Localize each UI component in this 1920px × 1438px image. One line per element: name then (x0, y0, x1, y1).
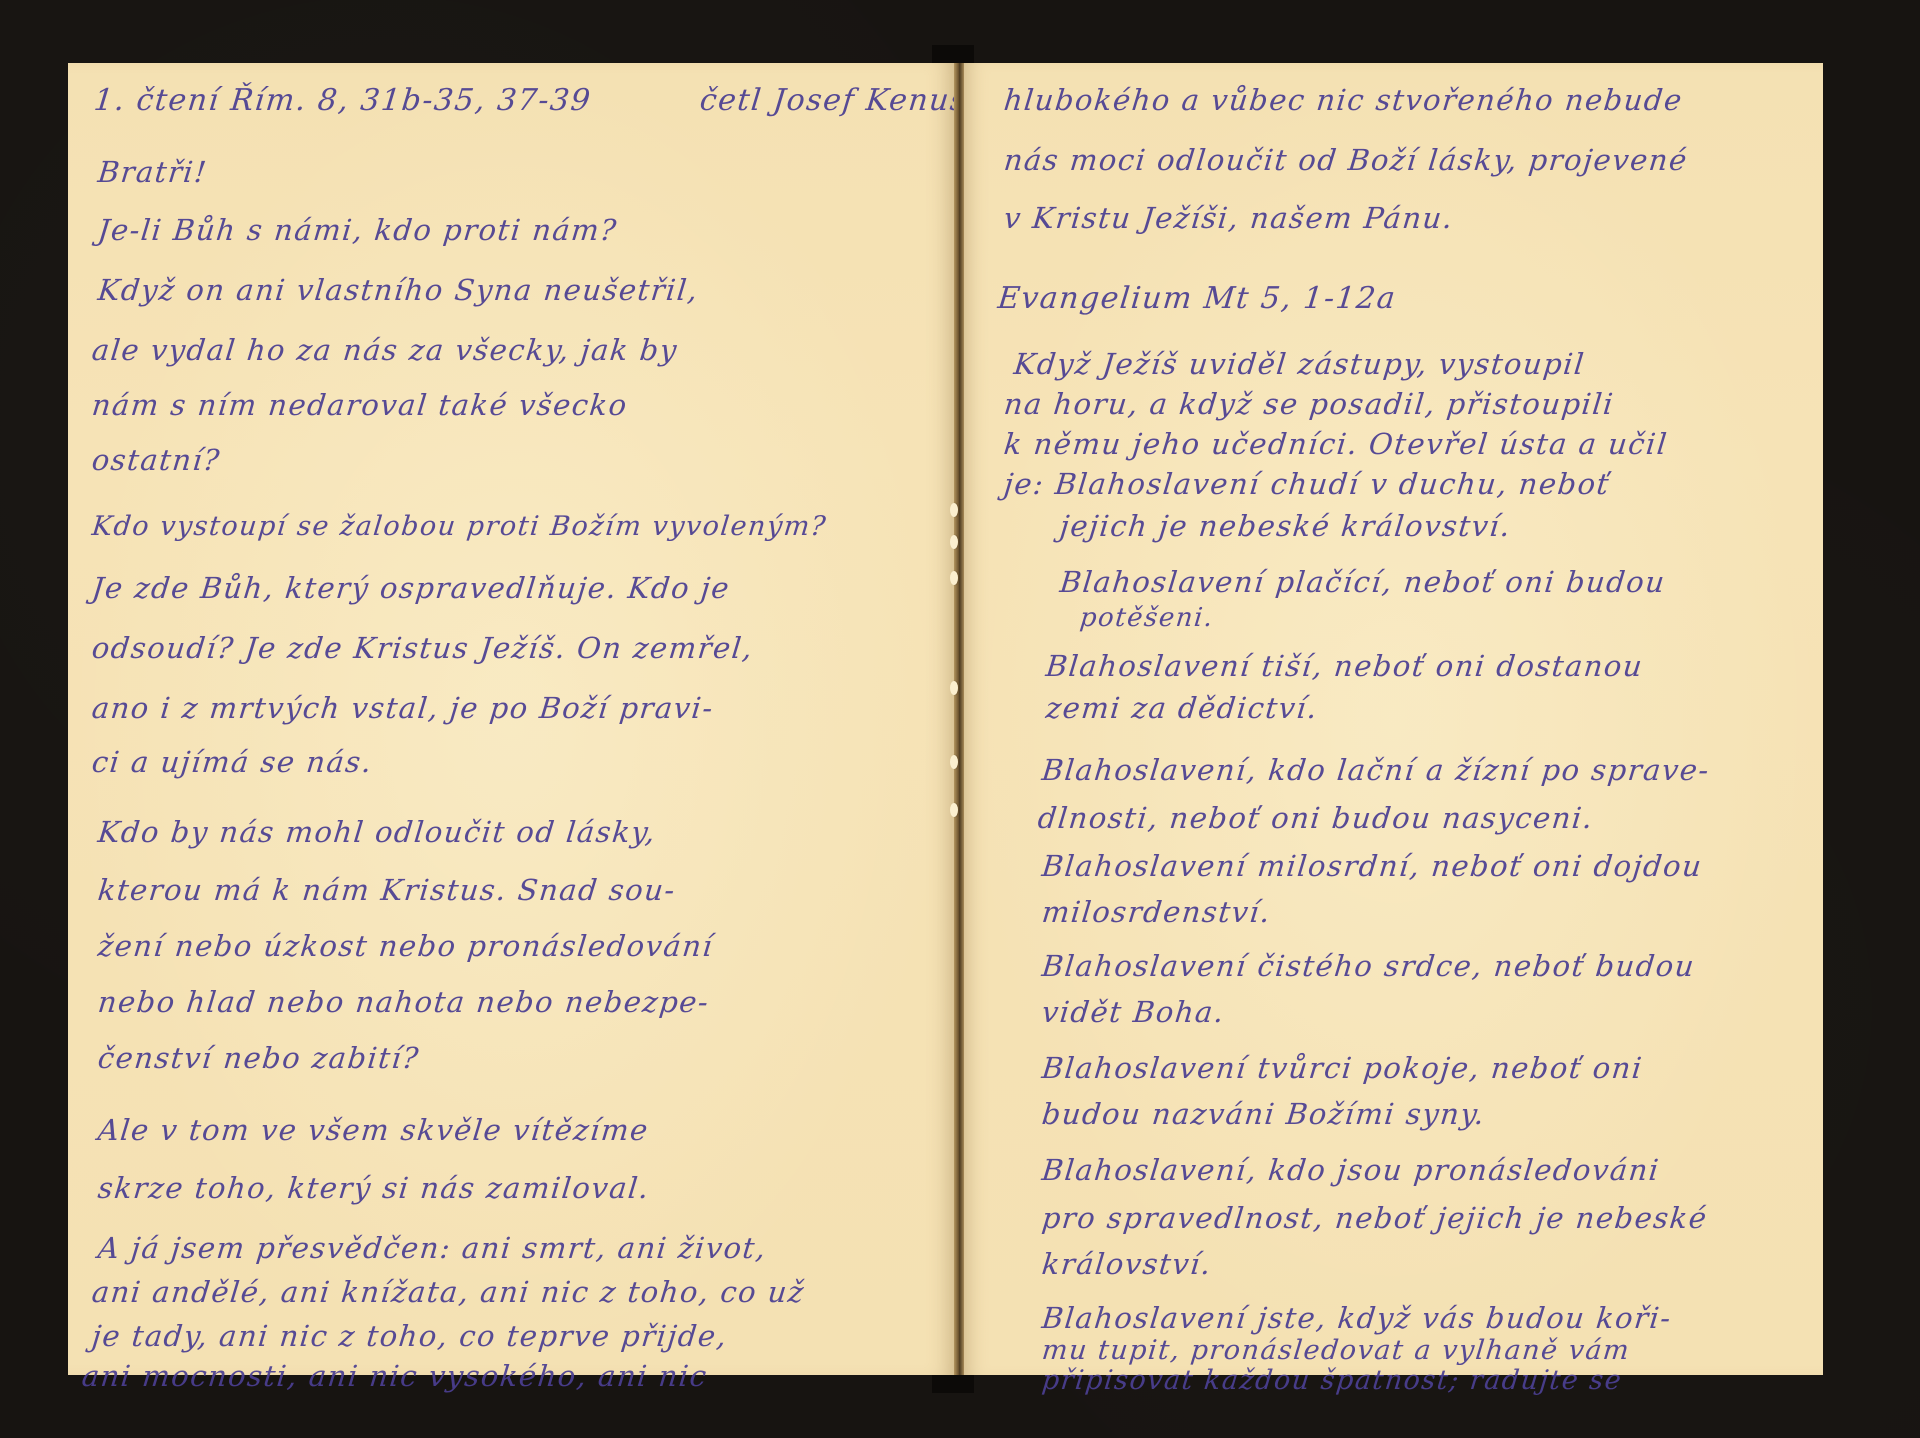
handwritten-line: A já jsem přesvědčen: ani smrt, ani živo… (96, 1231, 768, 1265)
binding-stitch (950, 755, 958, 769)
handwritten-line: mu tupit, pronásledovat a vylhaně vám (1040, 1335, 1631, 1366)
gospel-heading: Evangelium Mt 5, 1-12a (996, 281, 1398, 316)
handwritten-line: připisovat každou špatnost; radujte se (1040, 1365, 1624, 1396)
handwritten-line: dlnosti, neboť oni budou nasyceni. (1036, 801, 1595, 835)
handwritten-line: skrze toho, který si nás zamiloval. (96, 1171, 651, 1205)
handwritten-line: kterou má k nám Kristus. Snad sou- (96, 873, 677, 907)
binding-stitch (950, 503, 958, 517)
handwritten-line: Je-li Bůh s námi, kdo proti nám? (96, 213, 619, 247)
handwritten-line: Když Ježíš uviděl zástupy, vystoupil (1012, 347, 1587, 381)
reading-reference: 1. čtení Řím. 8, 31b-35, 37-39 (92, 83, 593, 118)
handwritten-line: Blahoslavení plačící, neboť oni budou (1058, 565, 1667, 599)
right-page: hlubokého a vůbec nic stvořeného nebude … (964, 63, 1823, 1375)
handwritten-line: zemi za dědictví. (1044, 691, 1320, 725)
handwritten-line: Blahoslavení, kdo lační a žízní po sprav… (1040, 753, 1711, 787)
handwritten-line: Kdo by nás mohl odloučit od lásky, (96, 815, 658, 849)
handwritten-line: čenství nebo zabití? (96, 1041, 421, 1075)
handwritten-line: Blahoslavení, kdo jsou pronásledováni (1040, 1153, 1661, 1187)
handwritten-line: milosrdenství. (1040, 895, 1273, 929)
handwritten-line: na horu, a když se posadil, přistoupili (1002, 387, 1616, 421)
right-page-text: hlubokého a vůbec nic stvořeného nebude … (964, 63, 1823, 1375)
handwritten-line: Blahoslavení čistého srdce, neboť budou (1040, 949, 1697, 983)
binding-stitch (950, 535, 958, 549)
handwritten-line: Bratři! (96, 155, 209, 189)
handwritten-line: Když on ani vlastního Syna neušetřil, (96, 273, 700, 307)
handwritten-line: k němu jeho učedníci. Otevřel ústa a uči… (1002, 427, 1669, 461)
spine-cap-bottom (932, 1375, 974, 1393)
reader-name: četl Josef Kenus (698, 83, 969, 118)
handwritten-line: království. (1040, 1247, 1213, 1281)
handwritten-line: v Kristu Ježíši, našem Pánu. (1002, 201, 1455, 235)
handwritten-line: Je zde Bůh, který ospravedlňuje. Kdo je (90, 571, 732, 605)
left-page: 1. čtení Řím. 8, 31b-35, 37-39 četl Jose… (68, 63, 954, 1375)
handwritten-line: odsoudí? Je zde Kristus Ježíš. On zemřel… (90, 631, 755, 665)
handwritten-line: Kdo vystoupí se žalobou proti Božím vyvo… (90, 511, 828, 542)
handwritten-line: hlubokého a vůbec nic stvořeného nebude (1002, 83, 1684, 117)
handwritten-line: vidět Boha. (1040, 995, 1226, 1029)
binding-stitch (950, 803, 958, 817)
handwritten-line: pro spravedlnost, neboť jejich je nebesk… (1040, 1201, 1709, 1235)
handwritten-line: ci a ujímá se nás. (90, 745, 374, 779)
handwritten-line: ale vydal ho za nás za všecky, jak by (90, 333, 679, 367)
handwritten-line: potěšeni. (1078, 603, 1215, 633)
book-spine (954, 63, 964, 1375)
handwritten-line: jejich je nebeské království. (1058, 509, 1513, 543)
handwritten-line: ani andělé, ani knížata, ani nic z toho,… (90, 1275, 806, 1309)
handwritten-line: je tady, ani nic z toho, co teprve přijd… (90, 1319, 729, 1353)
spine-cap-top (932, 45, 974, 63)
binding-stitch (950, 571, 958, 585)
handwritten-line: ostatní? (90, 443, 222, 477)
handwritten-line: Blahoslavení tvůrci pokoje, neboť oni (1040, 1051, 1644, 1085)
handwritten-line: budou nazváni Božími syny. (1040, 1097, 1487, 1131)
notebook-spread: 1. čtení Řím. 8, 31b-35, 37-39 četl Jose… (68, 63, 1823, 1375)
handwritten-line: nám s ním nedaroval také všecko (90, 388, 629, 422)
handwritten-line: ano i z mrtvých vstal, je po Boží pravi- (90, 691, 715, 725)
handwritten-line: nás moci odloučit od Boží lásky, projeve… (1002, 143, 1689, 177)
handwritten-line: Ale v tom ve všem skvěle vítězíme (96, 1113, 650, 1147)
handwritten-line: ani mocnosti, ani nic vysokého, ani nic (80, 1359, 709, 1393)
handwritten-line: Blahoslavení tiší, neboť oni dostanou (1044, 649, 1645, 683)
handwritten-line: Blahoslavení milosrdní, neboť oni dojdou (1040, 849, 1704, 883)
handwritten-line: Blahoslavení jste, když vás budou koři- (1040, 1301, 1673, 1335)
handwritten-line: je: Blahoslavení chudí v duchu, neboť (1002, 467, 1611, 501)
handwritten-line: žení nebo úzkost nebo pronásledování (96, 929, 715, 963)
binding-stitch (950, 681, 958, 695)
handwritten-line: nebo hlad nebo nahota nebo nebezpe- (96, 985, 711, 1019)
left-page-text: 1. čtení Řím. 8, 31b-35, 37-39 četl Jose… (68, 63, 954, 1375)
